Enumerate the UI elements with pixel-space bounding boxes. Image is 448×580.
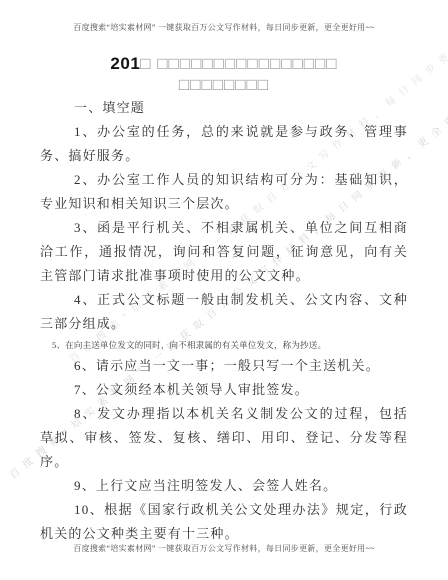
fill-blank-item-10: 10、根据《国家行政机关公文处理办法》规定，行政机关的公文种类主要有十三种。 xyxy=(40,498,408,546)
fill-blank-item-3: 3、函是平行机关、不相隶属机关、单位之间互相商洽工作，通报情况，询问和答复问题，… xyxy=(40,216,408,288)
fill-blank-item-1: 1、办公室的任务，总的来说就是参与政务、管理事务、搞好服务。 xyxy=(40,120,408,168)
fill-blank-item-8: 8、发文办理指以本机关名义制发公文的过程，包括草拟、审核、签发、复核、缮印、用印… xyxy=(40,402,408,474)
document-title: 201□ □□□□□□□□□□□□□□□□ □□□□□□□□ xyxy=(0,53,448,95)
document-page: 百度搜索“培实素材网” 一键获取百万公文写作材料，每日同步更新，更全更好用 百度… xyxy=(0,0,448,580)
fill-blank-item-6: 6、请示应当一文一事；一般只写一个主送机关。 xyxy=(40,354,408,378)
title-year-prefix: 201 xyxy=(110,54,140,73)
fill-blank-item-4: 4、正式公文标题一般由制发机关、公文内容、文种三部分组成。 xyxy=(40,288,408,336)
title-missing-glyph-boxes-line2: □□□□□□□□ xyxy=(0,74,448,95)
document-body: 一、填空题 1、办公室的任务，总的来说就是参与政务、管理事务、搞好服务。 2、办… xyxy=(40,96,408,546)
section-heading: 一、填空题 xyxy=(40,96,408,120)
fill-blank-item-9: 9、上行文应当注明签发人、会签人姓名。 xyxy=(40,474,408,498)
fill-blank-item-7: 7、公文须经本机关领导人审批签发。 xyxy=(40,378,408,402)
title-line-1: 201□ □□□□□□□□□□□□□□□□ xyxy=(0,53,448,74)
title-missing-glyph-boxes-line1: □ □□□□□□□□□□□□□□□□ xyxy=(140,54,337,73)
fill-blank-item-2: 2、办公室工作人员的知识结构可分为：基础知识，专业知识和相关知识三个层次。 xyxy=(40,168,408,216)
promo-footer: 百度搜索“培实素材网” 一键获取百万公文写作材料，每日同步更新，更全更好用~~ xyxy=(0,543,448,554)
page-content: 百度搜索“培实素材网” 一键获取百万公文写作材料，每日同步更新，更全更好用~~ … xyxy=(0,0,448,580)
fill-blank-item-5-small: 5、在向主送单位发文的同时，向不相隶属的有关单位发文，称为抄送。 xyxy=(40,336,408,354)
promo-header: 百度搜索“培实素材网” 一键获取百万公文写作材料，每日同步更新，更全更好用~~ xyxy=(0,22,448,33)
